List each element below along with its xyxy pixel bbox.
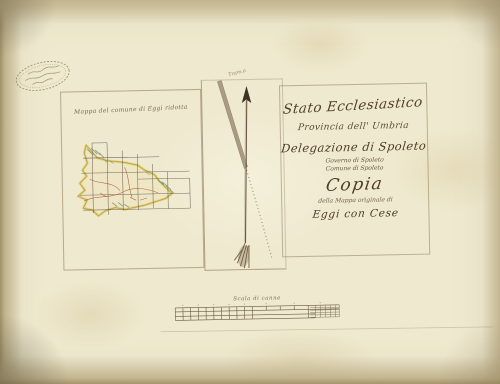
title-line-comune: Comune di Spoleto bbox=[325, 165, 383, 172]
scale-bar: Scala di canne bbox=[175, 294, 339, 320]
map-frame bbox=[60, 89, 204, 271]
fold-line bbox=[161, 325, 493, 333]
title-line-subtitle: della Mappa originale di bbox=[318, 197, 393, 205]
scale-caption: Scala di canne bbox=[233, 295, 281, 302]
sheet-content: Mappa del comune di Eggi ridotta Stato E… bbox=[0, 0, 500, 384]
scale-tick-figures bbox=[182, 302, 320, 306]
compass-frame bbox=[201, 78, 287, 271]
title-line-place: Eggi con Cese bbox=[312, 209, 399, 222]
title-line-delegation: Delegazione di Spoleto bbox=[281, 139, 427, 154]
title-line-province: Provincia dell' Umbria bbox=[298, 122, 410, 134]
title-line-state: Stato Ecclesiastico bbox=[283, 95, 424, 117]
scale-ruler bbox=[175, 305, 339, 321]
compass-label: Tram.a bbox=[228, 68, 247, 78]
paper-sheet: Mappa del comune di Eggi ridotta Stato E… bbox=[0, 0, 500, 384]
title-line-governo: Governo di Spoleto bbox=[325, 157, 384, 164]
scale-ruler-right-block bbox=[310, 305, 339, 318]
archive-stamp-icon bbox=[13, 57, 72, 96]
title-line-copia: Copia bbox=[325, 176, 385, 196]
title-block: Stato Ecclesiastico Provincia dell' Umbr… bbox=[279, 83, 430, 258]
